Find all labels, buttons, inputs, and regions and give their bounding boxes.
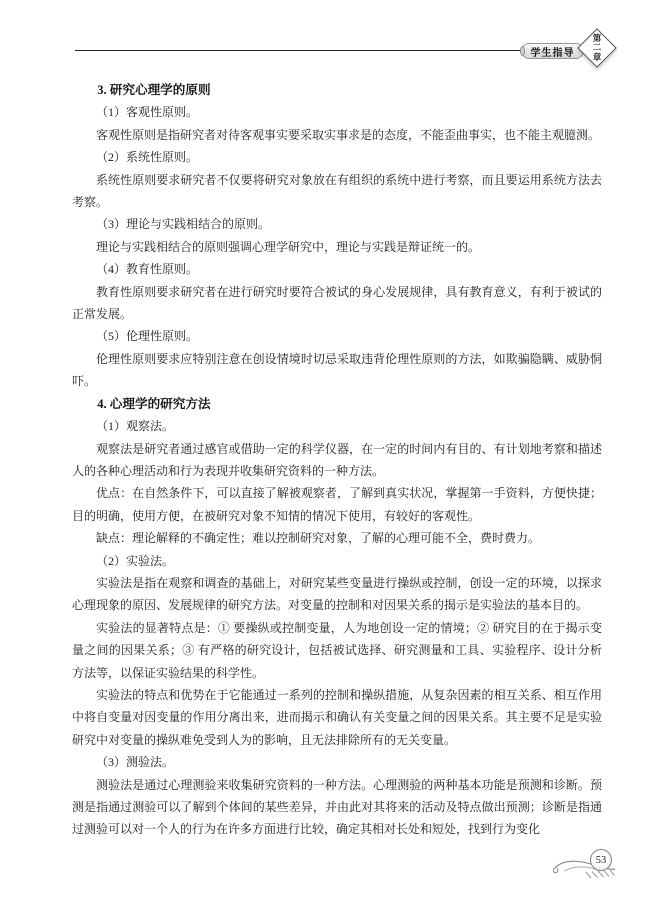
paragraph-method-2-features: 实验法的显著特点是：① 要操纵或控制变量，人为地创设一定的情境；② 研究目的在于…: [72, 617, 602, 684]
paragraph-principle-1-body: 客观性原则是指研究者对待客观事实要采取实事求是的态度，不能歪曲事实，也不能主观臆…: [72, 124, 602, 146]
paragraph-method-1-title: （1）观察法。: [72, 415, 602, 437]
paragraph-method-2-strengths: 实验法的特点和优势在于它能通过一系列的控制和操纵措施，从复杂因素的相互关系、相互…: [72, 684, 602, 751]
paragraph-principle-4-body: 教育性原则要求研究者在进行研究时要符合被试的身心发展规律，具有教育意义，有利于被…: [72, 281, 602, 326]
paragraph-principle-5-body: 伦理性原则要求应特别注意在创设情境时切忌采取违背伦理性原则的方法，如欺骗隐瞒、威…: [72, 348, 602, 393]
paragraph-method-1-pros: 优点：在自然条件下，可以直接了解被观察者，了解到真实状况，掌握第一手资料，方便快…: [72, 482, 602, 527]
chapter-char-3: 章: [593, 53, 602, 62]
chapter-badge-label: 第 二 章: [583, 34, 611, 62]
page-number-badge: 53: [590, 849, 612, 871]
paragraph-principle-2-body: 系统性原则要求研究者不仅要将研究对象放在有组织的系统中进行考察，而且要运用系统方…: [72, 169, 602, 214]
paragraph-method-1-body: 观察法是研究者通过感官或借助一定的科学仪器，在一定的时间内有目的、有计划地考察和…: [72, 438, 602, 483]
section-tab-label: 学生指导: [531, 44, 575, 59]
page-content: 3. 研究心理学的原则 （1）客观性原则。 客观性原则是指研究者对待客观事实要采…: [72, 79, 602, 841]
paragraph-principle-1-title: （1）客观性原则。: [72, 101, 602, 123]
paragraph-principle-3-body: 理论与实践相结合的原则强调心理学研究中，理论与实践是辩证统一的。: [72, 236, 602, 258]
paragraph-principle-4-title: （4）教育性原则。: [72, 258, 602, 280]
section-heading-methods: 4. 心理学的研究方法: [72, 393, 602, 415]
paragraph-method-2-title: （2）实验法。: [72, 550, 602, 572]
paragraph-method-1-cons: 缺点：理论解释的不确定性；难以控制研究对象，了解的心理可能不全，费时费力。: [72, 527, 602, 549]
paragraph-principle-3-title: （3）理论与实践相结合的原则。: [72, 213, 602, 235]
section-tab: 学生指导: [521, 43, 584, 59]
paragraph-method-2-body: 实验法是指在观察和调查的基础上，对研究某些变量进行操纵或控制，创设一定的环境，以…: [72, 572, 602, 617]
page-number: 53: [596, 855, 607, 866]
paragraph-principle-2-title: （2）系统性原则。: [72, 146, 602, 168]
section-heading-principles: 3. 研究心理学的原则: [72, 79, 602, 101]
textbook-page: 学生指导 第 二 章 3. 研究心理学的原则 （1）客观性原则。 客观性原则是指…: [0, 0, 659, 907]
paragraph-method-3-body: 测验法是通过心理测验来收集研究资料的一种方法。心理测验的两种基本功能是预测和诊断…: [72, 774, 602, 841]
paragraph-method-3-title: （3）测验法。: [72, 751, 602, 773]
tab-endcap: [520, 46, 525, 56]
header-rule: [75, 50, 522, 51]
paragraph-principle-5-title: （5）伦理性原则。: [72, 325, 602, 347]
